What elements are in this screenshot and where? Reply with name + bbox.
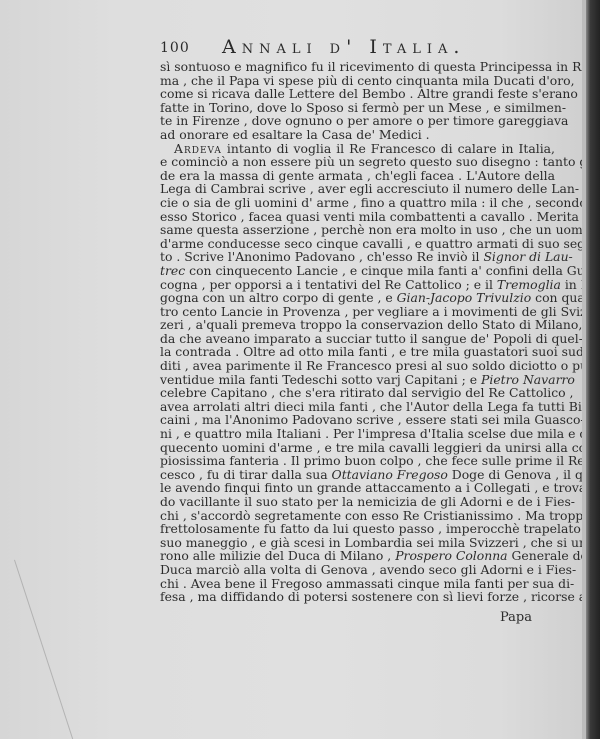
- text-line: gogna con un altro corpo di gente , e Gi…: [160, 291, 555, 305]
- page-number: 100: [160, 40, 190, 56]
- text-line: celebre Capitano , che s'era ritirato da…: [160, 386, 555, 400]
- text-line: la contrada . Oltre ad otto mila fanti ,…: [160, 345, 555, 359]
- text-line: chi , s'accordò segretamente con esso Re…: [160, 509, 555, 523]
- text-line: same questa asserzione , perchè non era …: [160, 223, 555, 237]
- text-line: cogna , per opporsi a i tentativi del Re…: [160, 278, 555, 292]
- text-line: ma , che il Papa vi spese più di cento c…: [160, 74, 555, 88]
- running-title: Annali d' Italia.: [222, 36, 465, 58]
- text-line: le avendo finqui finto un grande attacca…: [160, 481, 555, 495]
- book-edge: [586, 0, 600, 739]
- book-page: 100 Annali d' Italia. sì sontuoso e magn…: [0, 0, 586, 739]
- text-line: do vacillante il suo stato per la nemici…: [160, 495, 555, 509]
- text-line: ventidue mila fanti Tedeschi sotto varj …: [160, 373, 555, 387]
- text-line: sì sontuoso e magnifico fu il riceviment…: [160, 60, 555, 74]
- text-line: Lega di Cambrai scrive , aver egli accre…: [160, 182, 555, 196]
- text-line: zeri , a'quali premeva troppo la conserv…: [160, 318, 555, 332]
- text-line: piosissima fanteria . Il primo buon colp…: [160, 454, 555, 468]
- body-text: sì sontuoso e magnifico fu il riceviment…: [160, 60, 555, 604]
- text-line: chi . Avea bene il Fregoso ammassati cin…: [160, 577, 555, 591]
- text-line: diti , avea parimente il Re Francesco pr…: [160, 359, 555, 373]
- text-line: de era la massa di gente armata , ch'egl…: [160, 169, 555, 183]
- text-line: Duca marciò alla volta di Genova , avend…: [160, 563, 555, 577]
- text-line: e cominciò a non essere più un segreto q…: [160, 155, 555, 169]
- text-line: suo maneggio , e già scesi in Lombardia …: [160, 536, 555, 550]
- text-line: fesa , ma diffidando di potersi sostener…: [160, 590, 555, 604]
- text-line: come si ricava dalle Lettere del Bembo .…: [160, 87, 555, 101]
- text-line: tro cento Lancie in Provenza , per vegli…: [160, 305, 555, 319]
- text-line: trec con cinquecento Lancie , e cinque m…: [160, 264, 555, 278]
- text-line: fatte in Torino, dove lo Sposo si fermò …: [160, 101, 555, 115]
- text-line: d'arme conducesse seco cinque cavalli , …: [160, 237, 555, 251]
- text-line: te in Firenze , dove ognuno o per amore …: [160, 114, 555, 128]
- catchword: Papa: [500, 610, 532, 625]
- text-line: frettolosamente fu fatto da lui questo p…: [160, 522, 555, 536]
- text-line: caini , ma l'Anonimo Padovano scrive , e…: [160, 413, 555, 427]
- text-line: ad onorare ed esaltare la Casa de' Medic…: [160, 128, 555, 142]
- text-line: da che aveano imparato a succiar tutto i…: [160, 332, 555, 346]
- paragraph-start-line: Ardeva intanto di voglia il Re Francesco…: [160, 142, 555, 156]
- text-line: ni , e quattro mila Italiani . Per l'imp…: [160, 427, 555, 441]
- page-header: 100 Annali d' Italia.: [160, 36, 560, 60]
- text-line: avea arrolati altri dieci mila fanti , c…: [160, 400, 555, 414]
- text-line: esso Storico , facea quasi venti mila co…: [160, 210, 555, 224]
- text-line: to . Scrive l'Anonimo Padovano , ch'esso…: [160, 250, 555, 264]
- text-line: cie o sia de gli uomini d' arme , fino a…: [160, 196, 555, 210]
- text-line: rono alle milizie del Duca di Milano , P…: [160, 549, 555, 563]
- text-line: quecento uomini d'arme , e tre mila cava…: [160, 441, 555, 455]
- text-line: cesco , fu di tirar dalla sua Ottaviano …: [160, 468, 555, 482]
- paper-crease: [14, 560, 74, 739]
- italic-name: Gian-Jacopo Trivulzio: [397, 290, 532, 305]
